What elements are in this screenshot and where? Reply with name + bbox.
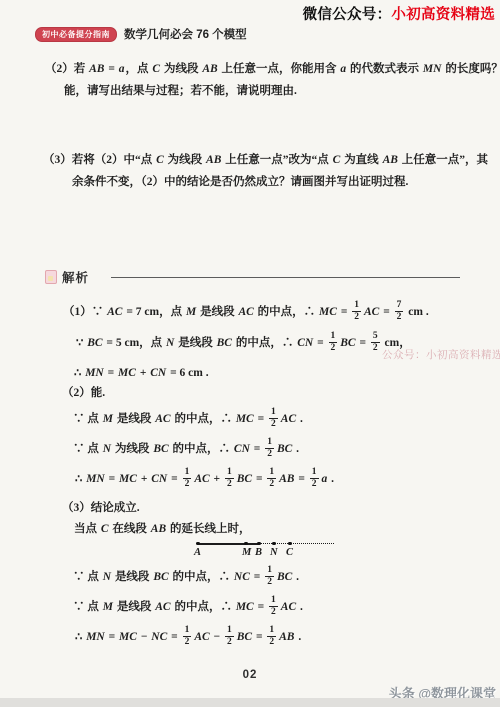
book-subheader: 初中必备提分指南 数学几何必会 76 个模型 (35, 26, 247, 42)
math-variable: MN (422, 63, 443, 75)
math-text: 上任意一点”，其 (399, 154, 488, 166)
solution-2-line-2: ∵ 点 M 是线段 AC 的中点，∴ MC = 12AC . (73, 404, 303, 434)
math-variable: M (102, 413, 114, 425)
point-dot-C (288, 542, 292, 546)
math-variable: AC (363, 306, 380, 318)
math-variable: AB (205, 154, 222, 166)
math-text: = (255, 601, 267, 613)
math-variable: AC (154, 413, 171, 425)
math-text: （2）能. (62, 387, 105, 399)
math-fraction: 12 (183, 625, 192, 647)
math-variable: M (102, 601, 114, 613)
math-variable: AC (106, 306, 123, 318)
math-text: ∵ 点 (73, 443, 102, 455)
math-text: ∴ (75, 473, 85, 485)
math-variable: C (332, 154, 342, 166)
math-variable: BC (236, 473, 253, 485)
math-fraction: 12 (225, 625, 234, 647)
math-text: . (297, 601, 303, 613)
math-variable: CN (150, 473, 168, 485)
math-variable: MC (235, 413, 255, 425)
math-text: = (168, 631, 180, 643)
math-text: = (380, 306, 392, 318)
math-text: 当点 (74, 523, 100, 535)
math-fraction: 12 (225, 467, 234, 489)
math-text: = (253, 473, 265, 485)
math-fraction: 72 (395, 300, 404, 322)
math-text: . (295, 631, 301, 643)
segment-dotted-line (259, 543, 334, 544)
math-fraction: 12 (265, 437, 274, 459)
point-dot-N (272, 542, 276, 546)
math-text: = (338, 306, 350, 318)
solution-2-line-3: ∵ 点 N 为线段 BC 的中点，∴ CN = 12BC . (73, 434, 299, 464)
math-text: ∴ (75, 631, 85, 643)
math-variable: AB (201, 63, 218, 75)
point-dot-M (244, 542, 248, 546)
math-variable: AB (88, 63, 105, 75)
math-text: ∵ 点 (73, 601, 102, 613)
solution-1-line-2: ∵ BC = 5 cm，点 N 是线段 BC 的中点，∴ CN = 12BC =… (76, 328, 411, 358)
math-variable: MC (318, 306, 338, 318)
math-text: + (137, 367, 149, 379)
math-fraction: 12 (265, 565, 274, 587)
math-text: （3）若将（2）中“点 (43, 154, 155, 166)
solution-2-line-4: ∴ MN = MC + CN = 12AC + 12BC = 12AB = 12… (75, 464, 334, 494)
math-fraction: 12 (352, 300, 361, 322)
math-text: = (295, 473, 307, 485)
math-fraction: 12 (269, 595, 278, 617)
page-number: 02 (0, 669, 500, 681)
math-variable: BC (152, 443, 169, 455)
math-variable: AC (280, 601, 297, 613)
math-text: 的中点，∴ (170, 571, 233, 583)
math-variable: MN (85, 473, 106, 485)
math-text: = 6 cm . (167, 367, 208, 379)
solution-1-line-1: （1）∵ AC = 7 cm，点 M 是线段 AC 的中点，∴ MC = 12A… (63, 297, 429, 327)
wechat-account-prefix: 微信公众号： (303, 7, 392, 23)
math-fraction: 12 (183, 467, 192, 489)
point-label-M: M (242, 546, 251, 559)
math-text: = (251, 571, 263, 583)
math-text: （1）∵ (63, 306, 106, 318)
math-variable: AB (278, 631, 295, 643)
math-variable: MN (84, 367, 105, 379)
math-variable: MC (235, 601, 255, 613)
math-text: = (255, 413, 267, 425)
math-variable: C (100, 523, 110, 535)
math-text: 为线段 (161, 63, 201, 75)
math-text: = (253, 631, 265, 643)
question-3-line-2: 余条件不变，（2）中的结论是否仍然成立？请画图并写出证明过程. (72, 172, 408, 192)
math-text: （3）结论成立. (62, 502, 140, 514)
math-fraction: 12 (267, 467, 276, 489)
math-text: 在线段 (110, 523, 150, 535)
math-text: 为直线 (341, 154, 381, 166)
math-text: = 7 cm，点 (123, 306, 185, 318)
solution-3-line-2: 当点 C 在线段 AB 的延长线上时， (74, 519, 251, 539)
math-text: 的中点，∴ (172, 413, 235, 425)
math-variable: CN (296, 337, 314, 349)
math-text: 为线段 (165, 154, 205, 166)
math-text: 上任意一点”改为“点 (222, 154, 331, 166)
analysis-label: 解析 (62, 268, 89, 286)
math-text: 上任意一点，你能用含 (219, 63, 340, 75)
math-text: − (138, 631, 150, 643)
math-text: − (211, 631, 223, 643)
math-variable: N (102, 443, 112, 455)
point-dot-B (257, 542, 261, 546)
math-variable: BC (86, 337, 103, 349)
math-fraction: 12 (329, 331, 338, 353)
math-text: = (357, 337, 369, 349)
question-2-line-1: （2）若 AB = a，点 C 为线段 AB 上任意一点，你能用含 a 的代数式… (45, 59, 500, 79)
math-text: 的代数式表示 (347, 63, 422, 75)
math-variable: BC (276, 571, 293, 583)
math-text: 为线段 (112, 443, 152, 455)
solution-3-line-5: ∴ MN = MC − NC = 12AC − 12BC = 12AB . (75, 622, 301, 652)
document-page: 微信公众号：小初高资料精选 初中必备提分指南 数学几何必会 76 个模型 （2）… (0, 0, 500, 707)
solution-3-line-1: （3）结论成立. (62, 498, 140, 518)
point-label-C: C (286, 546, 293, 559)
math-text: 能，请写出结果与过程；若不能，请说明理由. (64, 85, 297, 97)
math-text: + (138, 473, 150, 485)
math-variable: AC (193, 473, 210, 485)
math-text: = (314, 337, 326, 349)
question-3-line-1: （3）若将（2）中“点 C 为线段 AB 上任意一点”改为“点 C 为直线 AB… (43, 150, 488, 170)
math-text: 是线段 (114, 601, 154, 613)
math-text: ，点 (126, 63, 152, 75)
math-variable: C (151, 63, 161, 75)
analysis-divider-line (111, 277, 460, 278)
wechat-account-header: 微信公众号：小初高资料精选 (303, 3, 495, 24)
math-variable: NC (233, 571, 251, 583)
math-variable: BC (276, 443, 293, 455)
solution-3-line-4: ∵ 点 M 是线段 AC 的中点，∴ MC = 12AC . (73, 592, 303, 622)
math-variable: N (165, 337, 175, 349)
math-text: = (105, 63, 117, 75)
point-dot-A (196, 542, 200, 546)
bottom-edge-strip (0, 698, 500, 707)
math-text: = 5 cm，点 (104, 337, 166, 349)
math-text: 是线段 (197, 306, 237, 318)
math-text: 的中点，∴ (233, 337, 296, 349)
math-text: . (297, 413, 303, 425)
point-label-B: B (255, 546, 262, 559)
math-variable: a (118, 63, 126, 75)
math-text: 是线段 (112, 571, 152, 583)
math-variable: AB (150, 523, 167, 535)
math-text: 的延长线上时， (167, 523, 250, 535)
math-fraction: 52 (371, 331, 380, 353)
math-text: 是线段 (114, 413, 154, 425)
math-variable: NC (150, 631, 168, 643)
math-variable: M (185, 306, 197, 318)
math-text: ∴ (74, 367, 84, 379)
math-variable: AC (154, 601, 171, 613)
number-line-diagram: AMBNC (196, 537, 336, 559)
solution-3-line-3: ∵ 点 N 是线段 BC 的中点，∴ NC = 12BC . (73, 562, 299, 592)
point-label-A: A (194, 546, 201, 559)
math-variable: MC (118, 473, 138, 485)
math-variable: BC (236, 631, 253, 643)
math-text: = (106, 631, 118, 643)
math-text: 余条件不变，（2）中的结论是否仍然成立？请画图并写出证明过程. (72, 176, 408, 188)
math-text: . (293, 443, 299, 455)
math-text: 的长度吗？若 (442, 63, 500, 75)
math-variable: N (102, 571, 112, 583)
math-variable: MC (118, 631, 138, 643)
math-variable: MC (117, 367, 137, 379)
math-variable: MN (85, 631, 106, 643)
math-variable: AB (382, 154, 399, 166)
math-fraction: 12 (267, 625, 276, 647)
math-text: = (168, 473, 180, 485)
math-variable: AC (193, 631, 210, 643)
math-fraction: 12 (269, 407, 278, 429)
math-text: = (251, 443, 263, 455)
math-variable: BC (216, 337, 233, 349)
math-text: 的中点，∴ (170, 443, 233, 455)
math-text: （2）若 (45, 63, 88, 75)
book-title: 数学几何必会 76 个模型 (124, 26, 247, 42)
math-variable: AC (280, 413, 297, 425)
wechat-account-brand: 小初高资料精选 (391, 7, 495, 23)
math-variable: AC (237, 306, 254, 318)
math-variable: CN (149, 367, 167, 379)
solution-2-line-1: （2）能. (62, 383, 105, 403)
math-text: ∵ 点 (73, 571, 102, 583)
math-text: ∵ 点 (73, 413, 102, 425)
math-text: 的中点，∴ (172, 601, 235, 613)
math-text: . (293, 571, 299, 583)
math-variable: CN (233, 443, 251, 455)
math-text: 的中点，∴ (255, 306, 318, 318)
math-text: . (328, 473, 334, 485)
math-text: + (211, 473, 223, 485)
middle-watermark: 公众号：小初高资料精选 (382, 347, 500, 362)
math-variable: BC (339, 337, 356, 349)
segment-solid-line (198, 543, 259, 545)
math-variable: C (155, 154, 165, 166)
math-text: = (106, 473, 118, 485)
point-label-N: N (270, 546, 278, 559)
math-text: = (105, 367, 117, 379)
math-fraction: 12 (310, 467, 319, 489)
math-variable: a (339, 63, 347, 75)
guide-badge: 初中必备提分指南 (35, 27, 117, 42)
math-text: cm . (405, 306, 428, 318)
analysis-note-icon (45, 270, 57, 284)
analysis-section-header: 解析 (45, 268, 460, 286)
question-2-line-2: 能，请写出结果与过程；若不能，请说明理由. (64, 81, 297, 101)
math-variable: BC (152, 571, 169, 583)
math-variable: AB (278, 473, 295, 485)
math-text: ∵ (76, 337, 86, 349)
math-text: 是线段 (175, 337, 215, 349)
